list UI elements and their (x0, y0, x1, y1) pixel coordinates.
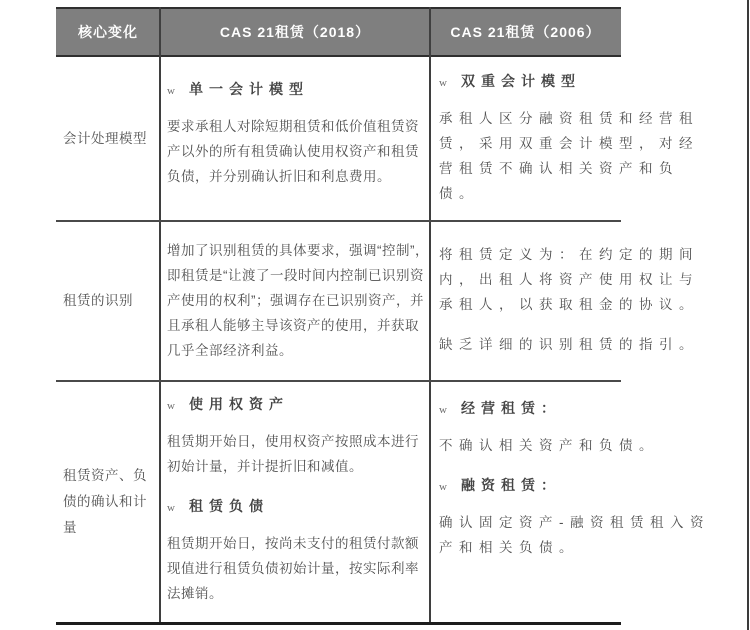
row-label-accounting-model: 会计处理模型 (56, 57, 159, 220)
table-bottom-border (56, 622, 621, 625)
column-divider-1 (159, 7, 161, 625)
cell-paragraph: 增加了识别租赁的具体要求，强调“控制”，即租赁是“让渡了一段时间内控制已识别资产… (167, 238, 429, 363)
cell-paragraph: 将租赁定义为：在约定的期间内，出租人将资产使用权让与承租人，以获取租金的协议。 (439, 242, 711, 317)
cell-paragraph: 承租人区分融资租赁和经营租赁，采用双重会计模型，对经营租赁不确认相关资产和负债。 (439, 106, 711, 206)
square-bullet-icon: w (167, 85, 175, 97)
cell-2006-accounting-model: w 双重会计模型 承租人区分融资租赁和经营租赁，采用双重会计模型，对经营租赁不确… (439, 57, 711, 220)
cell-paragraph: 租赁期开始日，按尚未支付的租赁付款额现值进行租赁负债初始计量，按实际利率法摊销。 (167, 531, 429, 606)
row-label-recognition-measurement: 租赁资产、负债的确认和计量 (56, 382, 159, 622)
square-bullet-icon: w (439, 481, 447, 493)
row-label-text: 会计处理模型 (63, 126, 147, 152)
document-page: 核心变化 CAS 21租赁（2018） CAS 21租赁（2006） 会计处理模… (0, 0, 750, 630)
square-bullet-icon: w (439, 404, 447, 416)
cell-heading: 经营租赁： (461, 398, 561, 418)
square-bullet-icon: w (167, 502, 175, 514)
header-core-change: 核心变化 (56, 9, 160, 55)
cell-2006-recognition-measurement: w 经营租赁： 不确认相关资产和负债。 w 融资租赁： 确认固定资产-融资租赁租… (439, 382, 711, 622)
header-cas-2006: CAS 21租赁（2006） (430, 9, 621, 55)
cell-2006-lease-identification: 将租赁定义为：在约定的期间内，出租人将资产使用权让与承租人，以获取租金的协议。 … (439, 222, 711, 380)
cell-2018-recognition-measurement: w 使用权资产 租赁期开始日，使用权资产按照成本进行初始计量，并计提折旧和减值。… (167, 382, 429, 622)
cell-paragraph: 要求承租人对除短期租赁和低价值租赁资产以外的所有租赁确认使用权资产和租赁负债，并… (167, 114, 429, 189)
cell-heading: 单一会计模型 (189, 79, 309, 99)
table-header-row: 核心变化 CAS 21租赁（2018） CAS 21租赁（2006） (56, 7, 621, 57)
row-label-text: 租赁资产、负债的确认和计量 (63, 463, 159, 541)
row-label-lease-identification: 租赁的识别 (56, 222, 159, 380)
cell-heading: 融资租赁： (461, 475, 561, 495)
bullet-heading: w 融资租赁： (439, 475, 711, 495)
page-right-edge-line (747, 0, 749, 630)
row-label-text: 租赁的识别 (63, 288, 133, 314)
cell-heading: 租赁负债 (189, 496, 269, 516)
bullet-heading: w 双重会计模型 (439, 71, 711, 91)
cell-2018-lease-identification: 增加了识别租赁的具体要求，强调“控制”，即租赁是“让渡了一段时间内控制已识别资产… (167, 222, 429, 380)
cell-paragraph: 缺乏详细的识别租赁的指引。 (439, 332, 711, 357)
bullet-heading: w 单一会计模型 (167, 79, 429, 99)
square-bullet-icon: w (167, 400, 175, 412)
cell-heading: 使用权资产 (189, 394, 289, 414)
cell-2018-accounting-model: w 单一会计模型 要求承租人对除短期租赁和低价值租赁资产以外的所有租赁确认使用权… (167, 57, 429, 220)
bullet-heading: w 使用权资产 (167, 394, 429, 414)
bullet-heading: w 租赁负债 (167, 496, 429, 516)
square-bullet-icon: w (439, 77, 447, 89)
cell-paragraph: 不确认相关资产和负债。 (439, 433, 711, 458)
header-cas-2018: CAS 21租赁（2018） (160, 9, 430, 55)
bullet-heading: w 经营租赁： (439, 398, 711, 418)
cell-heading: 双重会计模型 (461, 71, 581, 91)
column-divider-2 (429, 7, 431, 625)
cell-paragraph: 确认固定资产-融资租赁租入资产和相关负债。 (439, 510, 711, 560)
cell-paragraph: 租赁期开始日，使用权资产按照成本进行初始计量，并计提折旧和减值。 (167, 429, 429, 479)
